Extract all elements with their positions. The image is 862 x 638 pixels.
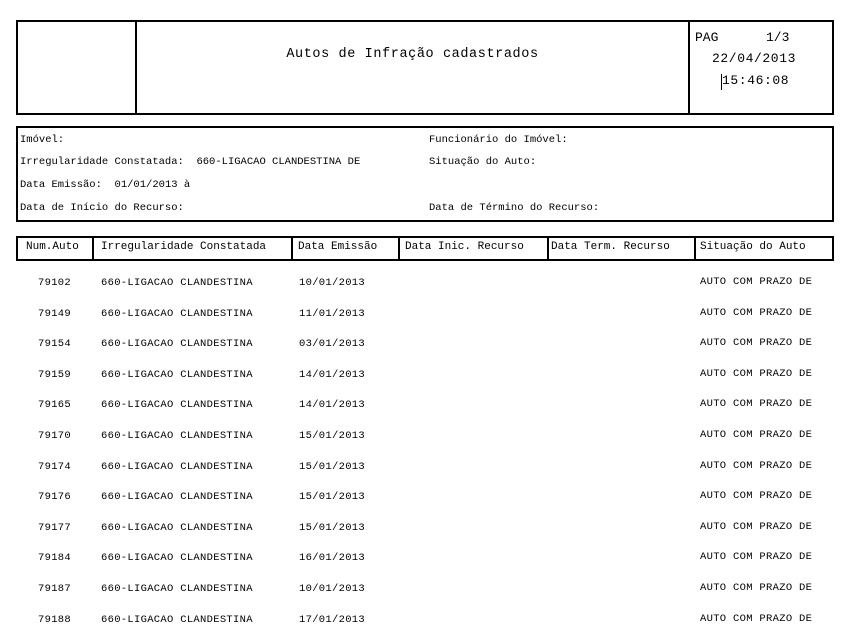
cell-irregularidade: 660-LIGACAO CLANDESTINA <box>101 338 253 350</box>
cell-situacao: AUTO COM PRAZO DE <box>700 551 812 563</box>
filter-imovel-label: Imóvel: <box>20 134 64 146</box>
cell-num-auto: 79174 <box>38 461 71 473</box>
cell-situacao: AUTO COM PRAZO DE <box>700 368 812 380</box>
filter-data-emissao-value: 01/01/2013 à <box>115 179 191 191</box>
cell-num-auto: 79176 <box>38 491 71 503</box>
filter-data-termino-recurso-label: Data de Término do Recurso: <box>429 202 599 214</box>
filter-data-emissao: Data Emissão: 01/01/2013 à <box>20 179 190 191</box>
cell-data-emissao: 10/01/2013 <box>299 277 365 289</box>
page-label: PAG <box>695 30 718 45</box>
filter-funcionario: Funcionário do Imóvel: <box>429 134 574 146</box>
cell-data-emissao: 15/01/2013 <box>299 522 365 534</box>
filter-data-inicio-recurso-label: Data de Início do Recurso: <box>20 202 184 214</box>
cell-data-emissao: 15/01/2013 <box>299 491 365 503</box>
filter-imovel: Imóvel: <box>20 134 70 146</box>
column-divider <box>547 236 549 261</box>
cell-data-emissao: 17/01/2013 <box>299 614 365 626</box>
column-header-data-emissao: Data Emissão <box>298 241 377 253</box>
cell-data-emissao: 16/01/2013 <box>299 552 365 564</box>
cell-irregularidade: 660-LIGACAO CLANDESTINA <box>101 369 253 381</box>
report-date: 22/04/2013 <box>712 51 796 66</box>
cell-irregularidade: 660-LIGACAO CLANDESTINA <box>101 461 253 473</box>
cell-data-emissao: 03/01/2013 <box>299 338 365 350</box>
filter-irregularidade-value: 660-LIGACAO CLANDESTINA DE <box>196 156 360 168</box>
cell-situacao: AUTO COM PRAZO DE <box>700 429 812 441</box>
cell-num-auto: 79159 <box>38 369 71 381</box>
cell-situacao: AUTO COM PRAZO DE <box>700 521 812 533</box>
cell-irregularidade: 660-LIGACAO CLANDESTINA <box>101 399 253 411</box>
cell-num-auto: 79170 <box>38 430 71 442</box>
filter-irregularidade-label: Irregularidade Constatada: <box>20 156 184 168</box>
cell-situacao: AUTO COM PRAZO DE <box>700 398 812 410</box>
filter-funcionario-label: Funcionário do Imóvel: <box>429 134 568 146</box>
report-time: 15:46:08 <box>722 73 789 88</box>
column-divider <box>694 236 696 261</box>
column-header-situacao: Situação do Auto <box>700 241 806 253</box>
column-divider <box>92 236 94 261</box>
cell-num-auto: 79187 <box>38 583 71 595</box>
page-number: 1/3 <box>766 30 789 45</box>
cell-data-emissao: 10/01/2013 <box>299 583 365 595</box>
cell-irregularidade: 660-LIGACAO CLANDESTINA <box>101 522 253 534</box>
cell-data-emissao: 14/01/2013 <box>299 369 365 381</box>
cell-data-emissao: 15/01/2013 <box>299 430 365 442</box>
header-divider-left <box>135 20 137 115</box>
cell-irregularidade: 660-LIGACAO CLANDESTINA <box>101 552 253 564</box>
cell-num-auto: 79154 <box>38 338 71 350</box>
column-header-irregularidade: Irregularidade Constatada <box>101 241 266 253</box>
filter-data-termino-recurso: Data de Término do Recurso: <box>429 202 605 214</box>
cell-num-auto: 79102 <box>38 277 71 289</box>
cell-situacao: AUTO COM PRAZO DE <box>700 582 812 594</box>
cell-num-auto: 79177 <box>38 522 71 534</box>
cell-irregularidade: 660-LIGACAO CLANDESTINA <box>101 583 253 595</box>
column-divider <box>398 236 400 261</box>
header-divider-right <box>688 20 690 115</box>
filter-data-inicio-recurso: Data de Início do Recurso: <box>20 202 190 214</box>
logo-placeholder <box>18 22 135 113</box>
column-header-num-auto: Num.Auto <box>26 241 79 253</box>
cell-irregularidade: 660-LIGACAO CLANDESTINA <box>101 614 253 626</box>
filter-situacao: Situação do Auto: <box>429 156 542 168</box>
cell-num-auto: 79188 <box>38 614 71 626</box>
cell-situacao: AUTO COM PRAZO DE <box>700 337 812 349</box>
cell-situacao: AUTO COM PRAZO DE <box>700 613 812 625</box>
cell-irregularidade: 660-LIGACAO CLANDESTINA <box>101 308 253 320</box>
filter-data-emissao-label: Data Emissão: <box>20 179 102 191</box>
cell-num-auto: 79149 <box>38 308 71 320</box>
filter-irregularidade: Irregularidade Constatada: 660-LIGACAO C… <box>20 156 360 168</box>
cell-num-auto: 79165 <box>38 399 71 411</box>
cell-irregularidade: 660-LIGACAO CLANDESTINA <box>101 491 253 503</box>
column-header-data-term-recurso: Data Term. Recurso <box>551 241 670 253</box>
cell-data-emissao: 14/01/2013 <box>299 399 365 411</box>
column-divider <box>291 236 293 261</box>
cell-data-emissao: 11/01/2013 <box>299 308 365 320</box>
cell-situacao: AUTO COM PRAZO DE <box>700 307 812 319</box>
cell-situacao: AUTO COM PRAZO DE <box>700 460 812 472</box>
cell-irregularidade: 660-LIGACAO CLANDESTINA <box>101 277 253 289</box>
filter-situacao-label: Situação do Auto: <box>429 156 536 168</box>
cell-situacao: AUTO COM PRAZO DE <box>700 490 812 502</box>
report-title: Autos de Infração cadastrados <box>136 47 689 62</box>
cell-irregularidade: 660-LIGACAO CLANDESTINA <box>101 430 253 442</box>
cell-num-auto: 79184 <box>38 552 71 564</box>
cell-data-emissao: 15/01/2013 <box>299 461 365 473</box>
cell-situacao: AUTO COM PRAZO DE <box>700 276 812 288</box>
column-header-data-inic-recurso: Data Inic. Recurso <box>405 241 524 253</box>
